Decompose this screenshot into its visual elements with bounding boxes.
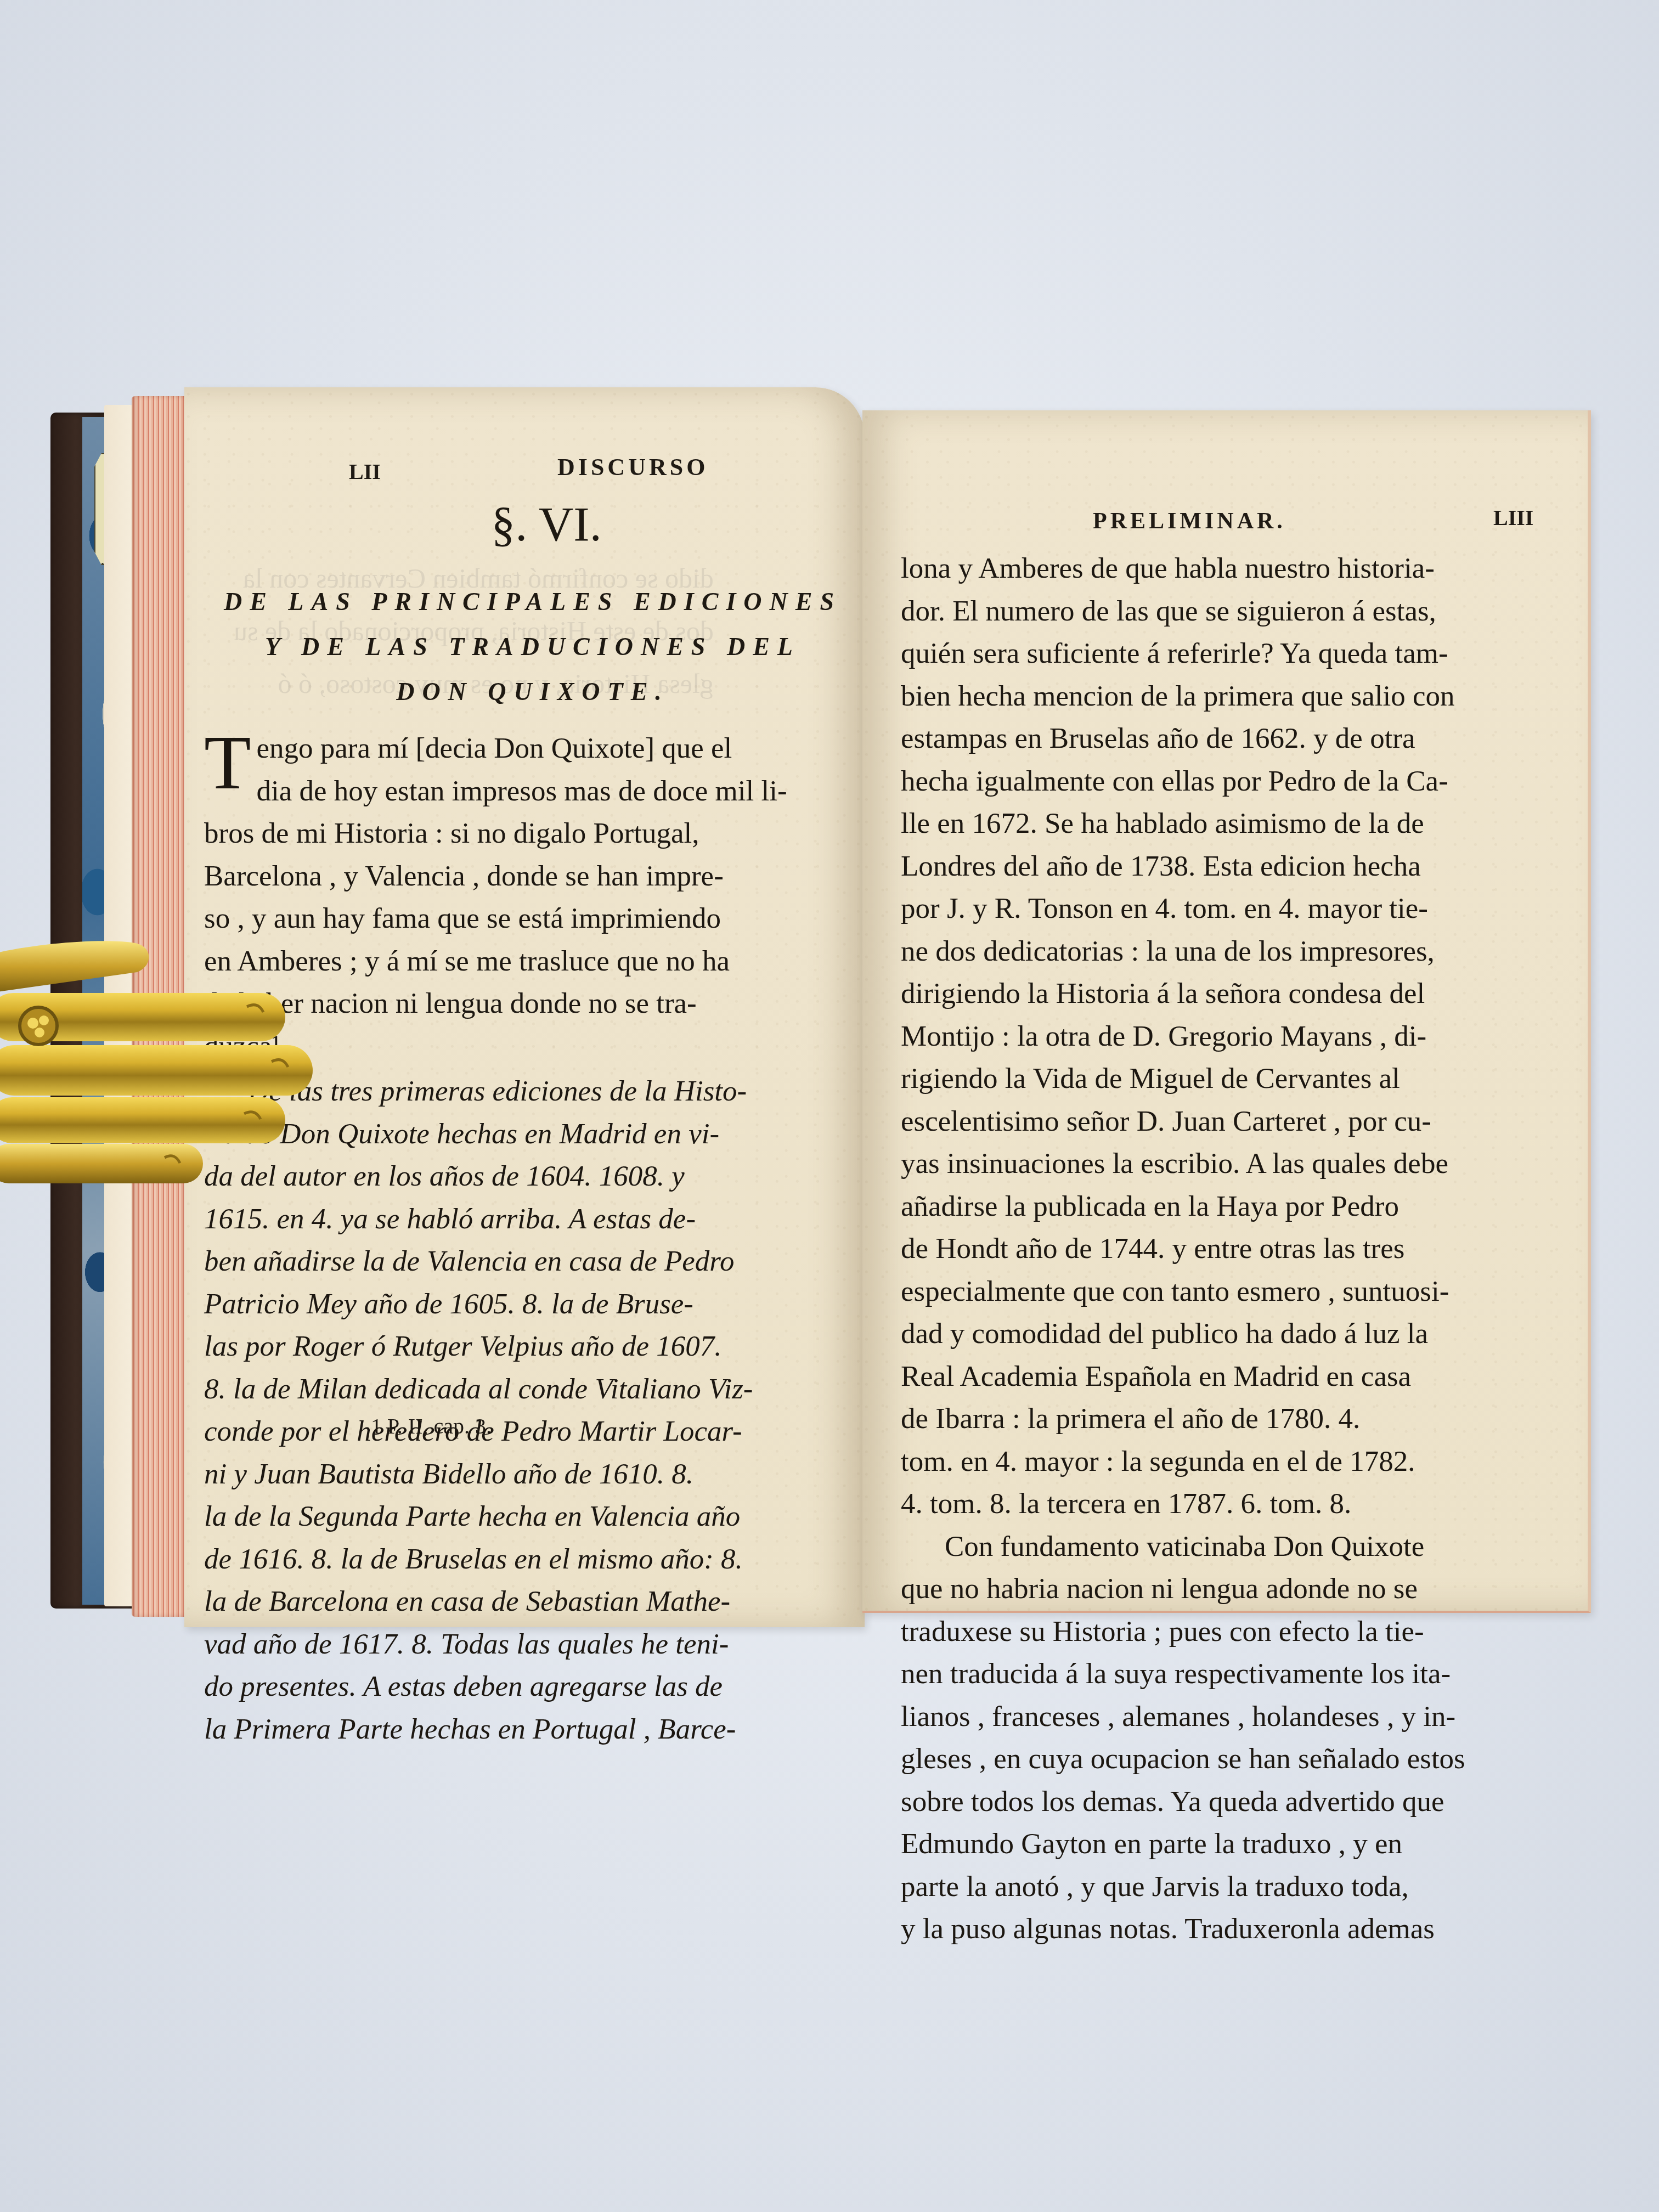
page-number-right: LIII [1493,505,1533,531]
text-line: dirigiendo la Historia á la señora conde… [901,973,1559,1015]
text-line: traduxese su Historia ; pues con efecto … [901,1611,1559,1654]
section-title-line: DON QUIXOTE. [217,669,848,714]
text-line: ne dos dedicatorias : la una de los impr… [901,930,1559,973]
text-line: rigiendo la Vida de Miguel de Cervantes … [901,1058,1559,1101]
page-number-left: LII [349,459,381,484]
text-line: sobre todos los demas. Ya queda advertid… [901,1781,1559,1824]
text-line: engo para mí [decia Don Quixote] que el [204,727,851,770]
text-line: yas insinuaciones la escribio. A las qua… [901,1143,1559,1186]
text-line: dor. El numero de las que se siguieron á… [901,590,1559,633]
paragraph-translations: Con fundamento vaticinaba Don Quixote qu… [901,1526,1559,1951]
text-line: por J. y R. Tonson en 4. tom. en 4. mayo… [901,888,1559,930]
text-line: nen traducida á la suya respectivamente … [901,1653,1559,1696]
text-line: ni y Juan Bautista Bidello año de 1610. … [204,1453,851,1496]
section-heading: §. VI. [228,497,865,552]
text-line: bros de mi Historia : si no digalo Portu… [204,812,851,855]
brass-hand-bookweight-icon[interactable] [0,911,329,1196]
text-line: Montijo : la otra de D. Gregorio Mayans … [901,1015,1559,1058]
text-line: especialmente que con tanto esmero , sun… [901,1271,1559,1313]
text-line: que no habria nacion ni lengua adonde no… [901,1568,1559,1611]
drop-cap: T [204,731,251,795]
right-page-text: lona y Amberes de que habla nuestro hist… [901,548,1559,1951]
text-line: tom. en 4. mayor : la segunda en el de 1… [901,1441,1559,1483]
text-line: Londres del año de 1738. Esta edicion he… [901,845,1559,888]
text-line: escelentisimo señor D. Juan Carteret , p… [901,1101,1559,1143]
section-title: DE LAS PRINCIPALES EDICIONES Y DE LAS TR… [217,579,848,714]
text-line: y la puso algunas notas. Traduxeronla ad… [901,1908,1559,1951]
running-head-left: DISCURSO [557,453,708,481]
book-photo-scene: R 42 Books dido se confirmó tambien Cerv… [0,0,1659,2212]
footnote: 1 P. II, cap. 3. [371,1413,492,1439]
text-line: Con fundamento vaticinaba Don Quixote [901,1526,1559,1568]
text-line: la de Barcelona en casa de Sebastian Mat… [204,1581,851,1623]
text-line: estampas en Bruselas año de 1662. y de o… [901,718,1559,760]
text-line: 1615. en 4. ya se habló arriba. A estas … [204,1198,851,1241]
text-line: Patricio Mey año de 1605. 8. la de Bruse… [204,1283,851,1326]
text-line: bien hecha mencion de la primera que sal… [901,675,1559,718]
text-line: gleses , en cuya ocupacion se han señala… [901,1738,1559,1781]
text-line: hecha igualmente con ellas por Pedro de … [901,760,1559,803]
text-line: vad año de 1617. 8. Todas las quales he … [204,1623,851,1666]
section-title-line: Y DE LAS TRADUCIONES DEL [217,624,848,669]
text-line: Edmundo Gayton en parte la traduxo , y e… [901,1823,1559,1866]
text-line: ben añadirse la de Valencia en casa de P… [204,1240,851,1283]
text-line: do presentes. A estas deben agregarse la… [204,1666,851,1708]
text-line: Barcelona , y Valencia , donde se han im… [204,855,851,898]
text-line: 4. tom. 8. la tercera en 1787. 6. tom. 8… [901,1483,1559,1526]
text-line: 8. la de Milan dedicada al conde Vitalia… [204,1368,851,1411]
text-line: de Ibarra : la primera el año de 1780. 4… [901,1398,1559,1441]
right-page: PRELIMINAR. LIII lona y Amberes de que h… [862,410,1591,1613]
text-line: conde por el heredero de Pedro Martir Lo… [204,1410,851,1453]
text-line: añadirse la publicada en la Haya por Ped… [901,1186,1559,1228]
text-line: parte la anotó , y que Jarvis la traduxo… [901,1866,1559,1909]
text-line: Real Academia Española en Madrid en casa [901,1356,1559,1398]
text-line: dia de hoy estan impresos mas de doce mi… [204,770,851,813]
text-line: de 1616. 8. la de Bruselas en el mismo a… [204,1538,851,1581]
text-line: lona y Amberes de que habla nuestro hist… [901,548,1559,590]
text-line: lle en 1672. Se ha hablado asimismo de l… [901,803,1559,845]
section-title-line: DE LAS PRINCIPALES EDICIONES [217,579,848,624]
text-line: la Primera Parte hechas en Portugal , Ba… [204,1708,851,1751]
running-head-right: PRELIMINAR. [1093,508,1286,534]
text-line: la de la Segunda Parte hecha en Valencia… [204,1496,851,1538]
text-line: lianos , franceses , alemanes , holandes… [901,1696,1559,1739]
paragraph-later-editions: lona y Amberes de que habla nuestro hist… [901,548,1559,1526]
text-line: las por Roger ó Rutger Velpius año de 16… [204,1325,851,1368]
text-line: dad y comodidad del publico ha dado á lu… [901,1313,1559,1356]
text-line: quién sera suficiente á referirle? Ya qu… [901,633,1559,675]
text-line: de Hondt año de 1744. y entre otras las … [901,1228,1559,1271]
